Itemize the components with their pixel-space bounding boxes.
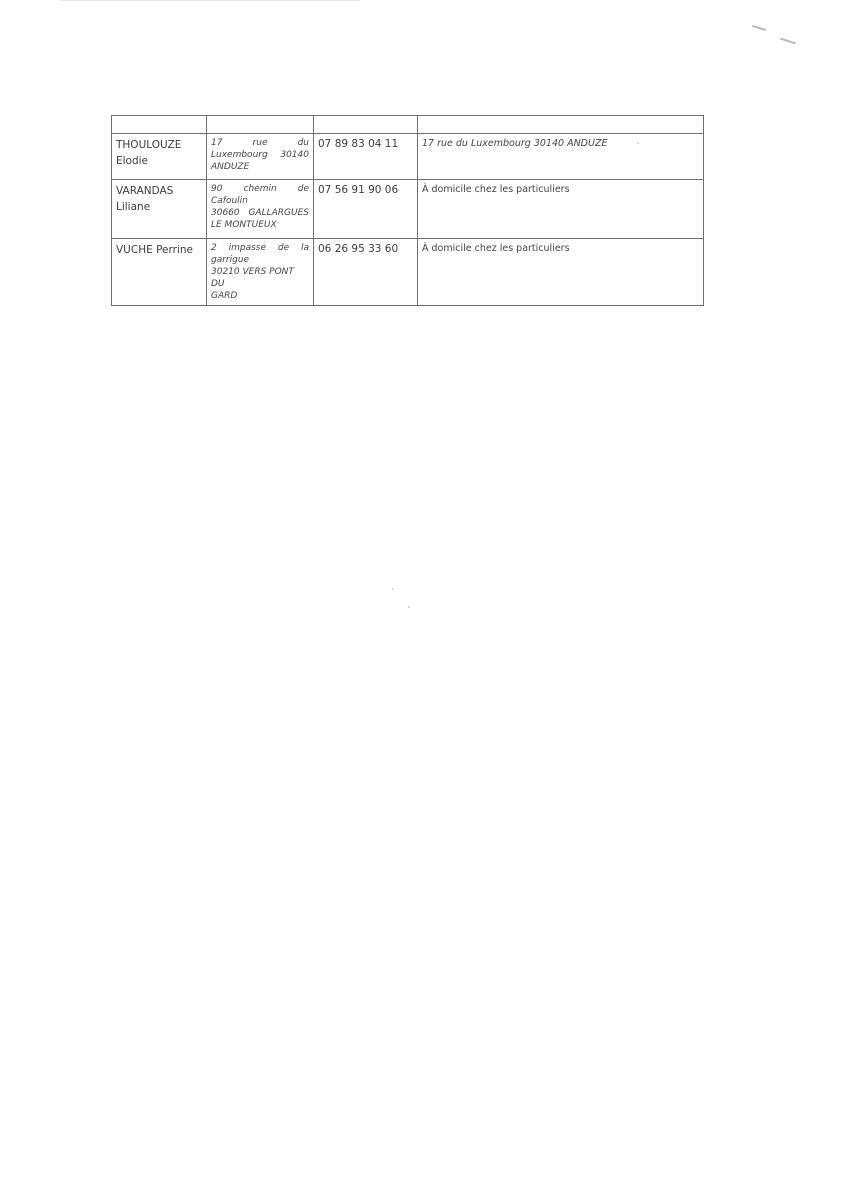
scan-artifact-mark <box>752 25 766 31</box>
person-surname: THOULOUZE <box>116 137 202 153</box>
page-top-edge <box>60 0 360 1</box>
address-line: 30660 GALLARGUES <box>211 207 309 219</box>
name-cell: THOULOUZE Elodie <box>112 134 207 180</box>
name-cell: VUCHE Perrine <box>112 239 207 306</box>
address-line: 90 chemin de <box>211 183 309 195</box>
phone-cell: 07 89 83 04 11 <box>314 134 418 180</box>
address-line: 30210 VERS PONT DU <box>211 266 309 290</box>
address-line: 2 impasse de la <box>211 242 309 254</box>
address-line: ANDUZE <box>211 161 309 173</box>
header-cell-phone <box>314 116 418 134</box>
address-line: Luxembourg 30140 <box>211 149 309 161</box>
table-row: VARANDAS Liliane 90 chemin de Cafoulin 3… <box>112 180 704 239</box>
address-line: Cafoulin <box>211 195 309 207</box>
table-row: VUCHE Perrine 2 impasse de la garrigue 3… <box>112 239 704 306</box>
location-cell: À domicile chez les particuliers <box>418 180 704 239</box>
contacts-table: THOULOUZE Elodie 17 rue du Luxembourg 30… <box>111 115 704 306</box>
scan-speck <box>392 588 394 590</box>
name-cell: VARANDAS Liliane <box>112 180 207 239</box>
scan-speck <box>408 606 410 608</box>
person-surname: VARANDAS <box>116 183 202 199</box>
address-line: 17 rue du <box>211 137 309 149</box>
address-line: garrigue <box>211 254 309 266</box>
table-header-row <box>112 116 704 134</box>
scan-artifact-mark <box>780 38 796 45</box>
address-cell: 90 chemin de Cafoulin 30660 GALLARGUES L… <box>207 180 314 239</box>
phone-cell: 07 56 91 90 06 <box>314 180 418 239</box>
header-cell-address <box>207 116 314 134</box>
location-cell: À domicile chez les particuliers <box>418 239 704 306</box>
person-fullname: VUCHE Perrine <box>116 242 202 258</box>
table-row: THOULOUZE Elodie 17 rue du Luxembourg 30… <box>112 134 704 180</box>
header-cell-name <box>112 116 207 134</box>
phone-cell: 06 26 95 33 60 <box>314 239 418 306</box>
person-firstname: Liliane <box>116 199 202 215</box>
header-cell-location <box>418 116 704 134</box>
address-cell: 2 impasse de la garrigue 30210 VERS PONT… <box>207 239 314 306</box>
address-line: GARD <box>211 290 309 302</box>
person-firstname: Elodie <box>116 153 202 169</box>
address-line: LE MONTUEUX <box>211 219 309 231</box>
location-cell: 17 rue du Luxembourg 30140 ANDUZE <box>418 134 704 180</box>
address-cell: 17 rue du Luxembourg 30140 ANDUZE <box>207 134 314 180</box>
